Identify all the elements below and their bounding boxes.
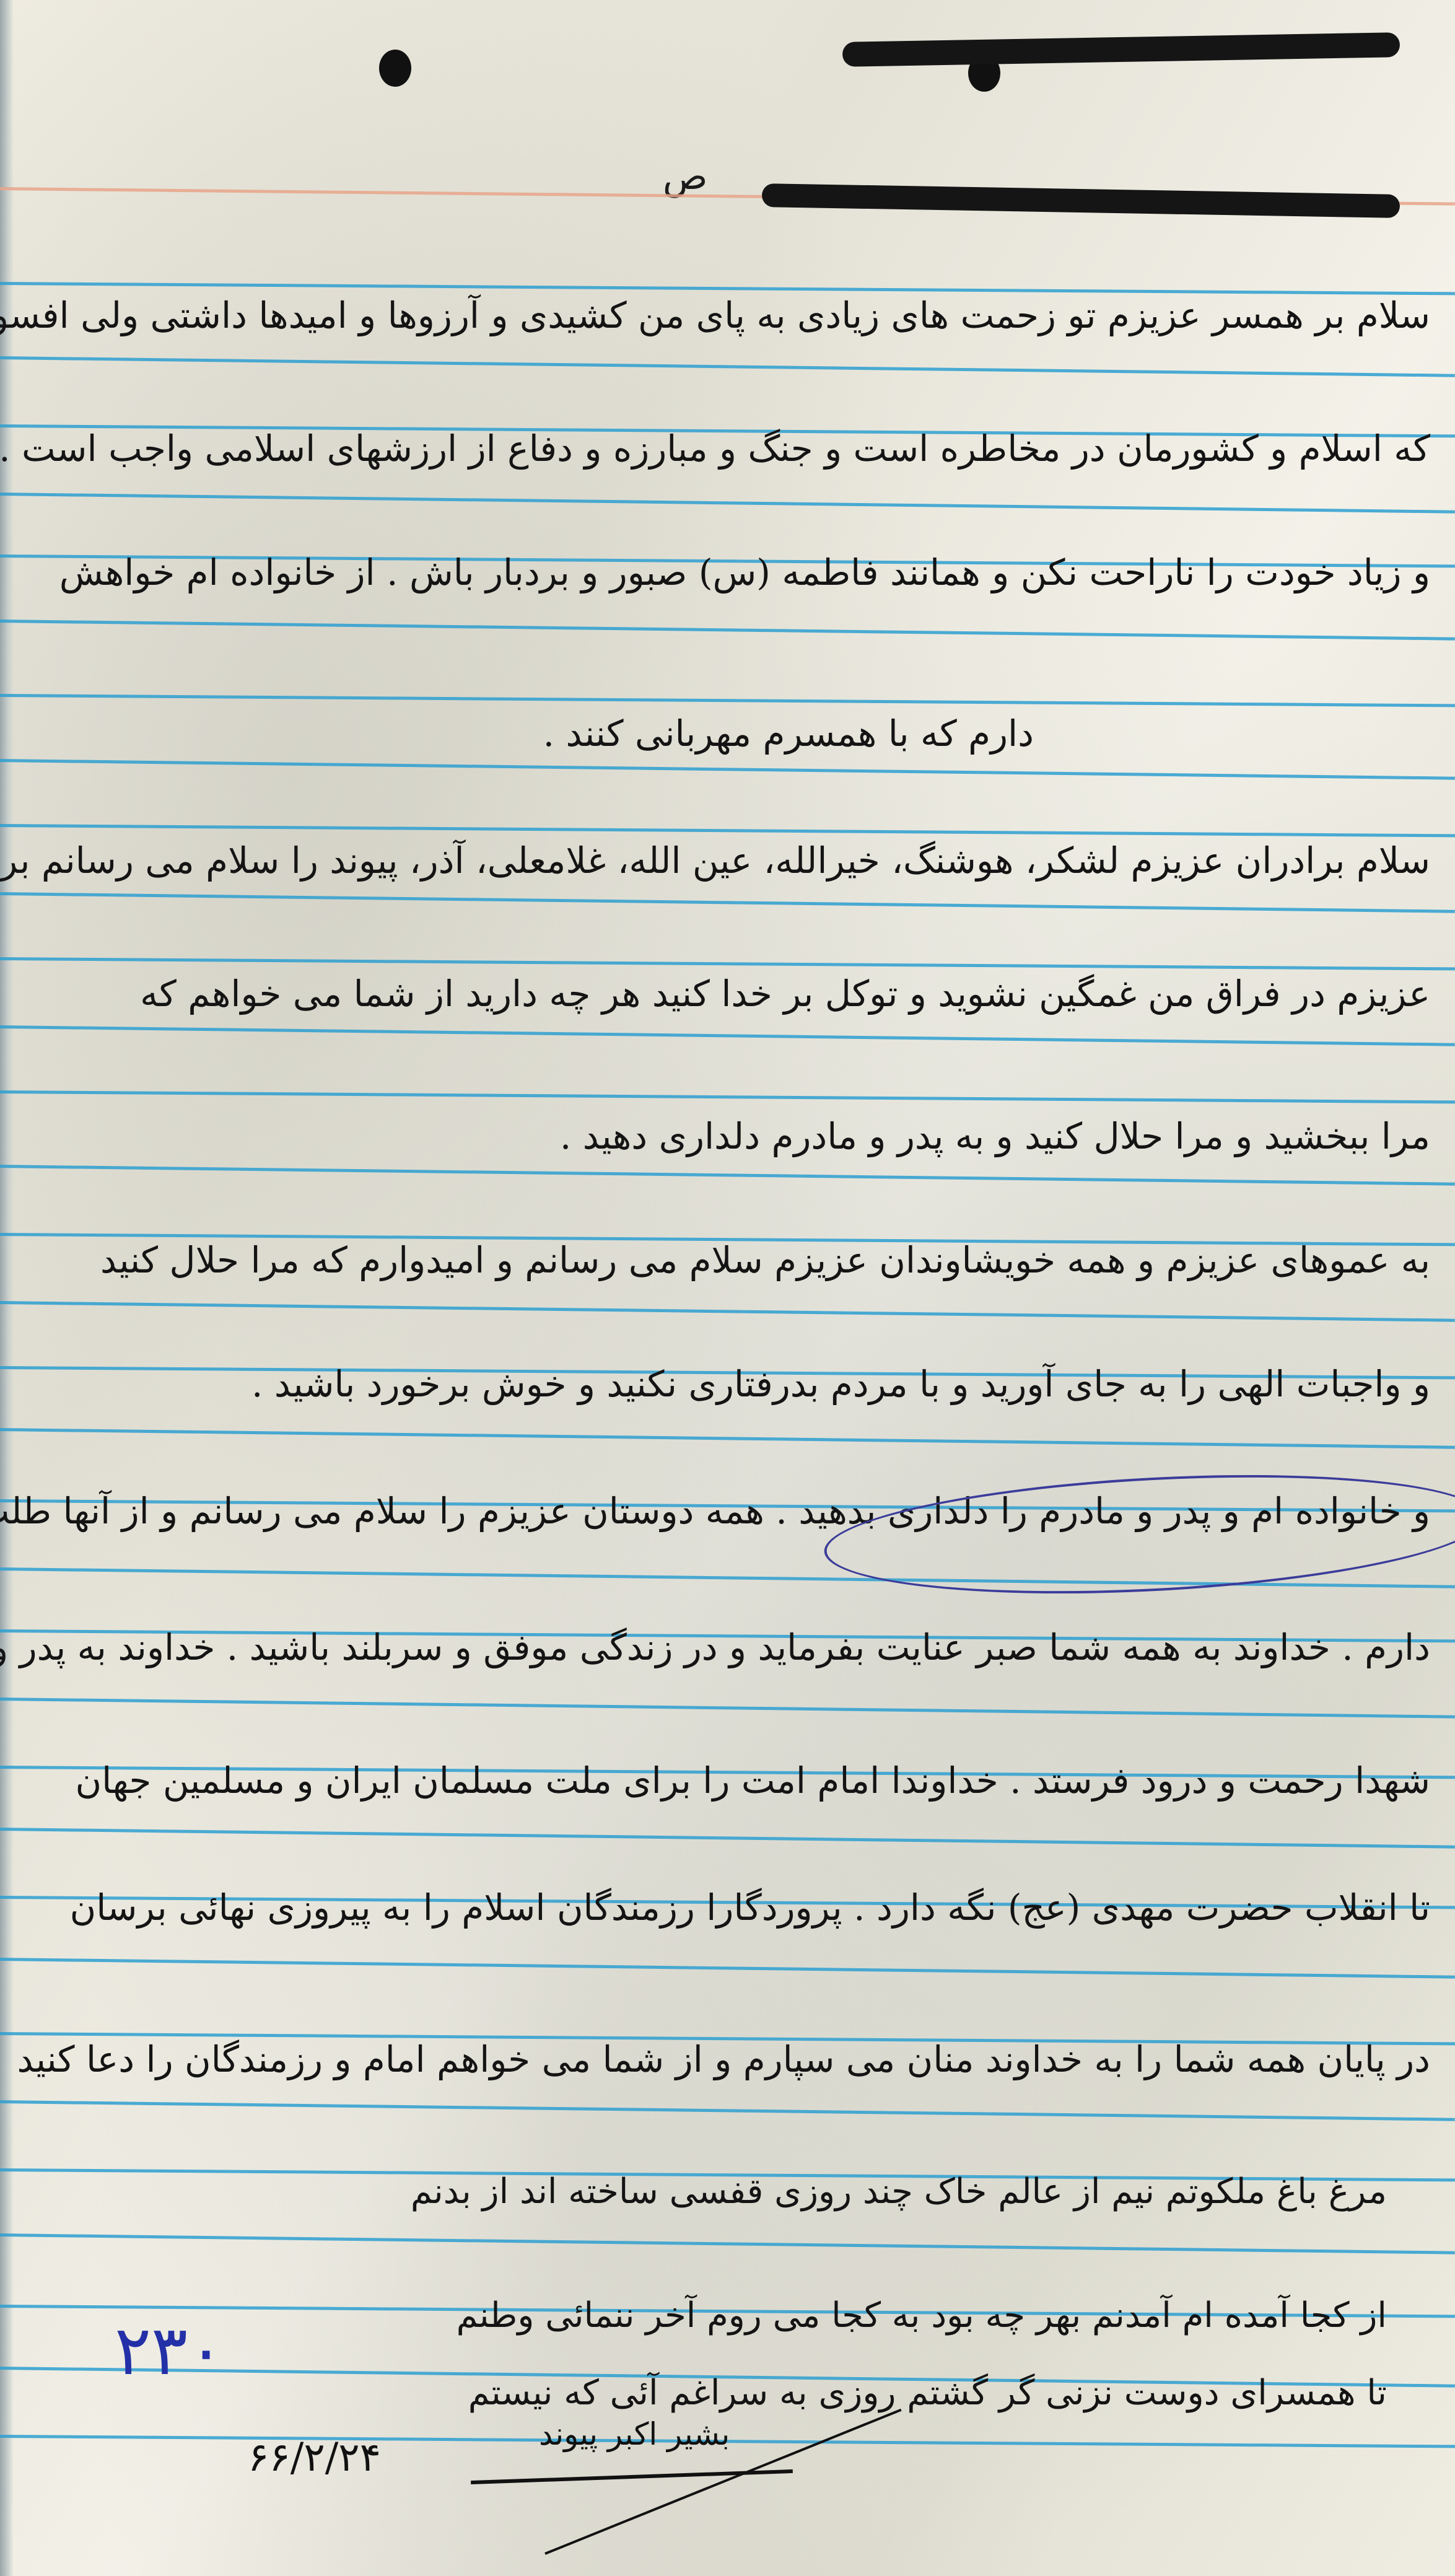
rule-line [0,1090,1455,1103]
redaction-scribble [842,32,1400,67]
letter-line: شهدا رحمت و درود فرستد . خداوندا امام ام… [76,1759,1430,1802]
rule-line [0,1301,1455,1322]
rule-line [0,1428,1455,1449]
letter-line: به عموهای عزیزم و همه خویشاوندان عزیزم س… [100,1239,1430,1281]
letter-line: عزیزم در فراق من غمگین نشوید و توکل بر خ… [140,973,1430,1015]
rule-line [0,2233,1455,2254]
rule-line [0,759,1455,780]
paper-edge [0,0,14,2576]
date: ۶۶/۲/۲۴ [248,2435,381,2481]
letter-line: سلام بر همسر عزیزم تو زحمت های زیادی به … [0,294,1430,336]
letter-line: دارم . خداوند به همه شما صبر عنایت بفرما… [0,1626,1430,1668]
rule-line [0,356,1455,377]
letter-line: مرا ببخشید و مرا حلال کنید و به پدر و ما… [560,1115,1430,1157]
letter-line: که اسلام و کشورمان در مخاطره است و جنگ و… [0,427,1430,470]
letter-line: دارم که با همسرم مهربانی کنند . [543,712,1034,755]
rule-line [0,694,1455,707]
letter-line: تا انقلاب حضرت مهدی (عج) نگه دارد . پرور… [70,1886,1430,1929]
letter-line: سلام برادران عزیزم لشکر، هوشنگ، خیرالله،… [0,839,1430,882]
rule-line [0,892,1455,913]
rule-line [0,1698,1455,1719]
rule-line [0,1958,1455,1979]
rule-line [0,1025,1455,1046]
poem-line: مرغ باغ ملکوتم نیم از عالم خاک چند روزی … [411,2171,1387,2212]
rule-line [0,2100,1455,2121]
rule-line [0,282,1455,295]
rule-line [0,1828,1455,1849]
letter-line: و واجبات الهی را به جای آورید و با مردم … [251,1363,1430,1405]
letter-line: در پایان همه شما را به خداوند منان می سپ… [17,2038,1430,2080]
rule-line [0,957,1455,970]
redacted-heading [762,183,1400,218]
rule-line [0,1165,1455,1186]
poem-line: تا همسرای دوست نزنی گر گشتم روزی به سراغ… [468,2373,1387,2413]
signature: بشیر اکبر پیوند [539,2416,730,2452]
letter-line: و زیاد خودت را ناراحت نکن و همانند فاطمه… [59,551,1430,594]
heading-mark: ص [663,155,708,198]
rule-line [0,620,1455,641]
punch-hole [379,50,411,87]
letter-page: ص سلام بر همسر عزیزم تو زحمت های زیادی ب… [0,0,1455,2576]
rule-line [0,493,1455,514]
rule-line [0,824,1455,837]
archive-number: ۲۳۰ [115,2311,224,2390]
poem-line: از کجا آمده ام آمدنم بهر چه بود به کجا م… [457,2295,1387,2336]
